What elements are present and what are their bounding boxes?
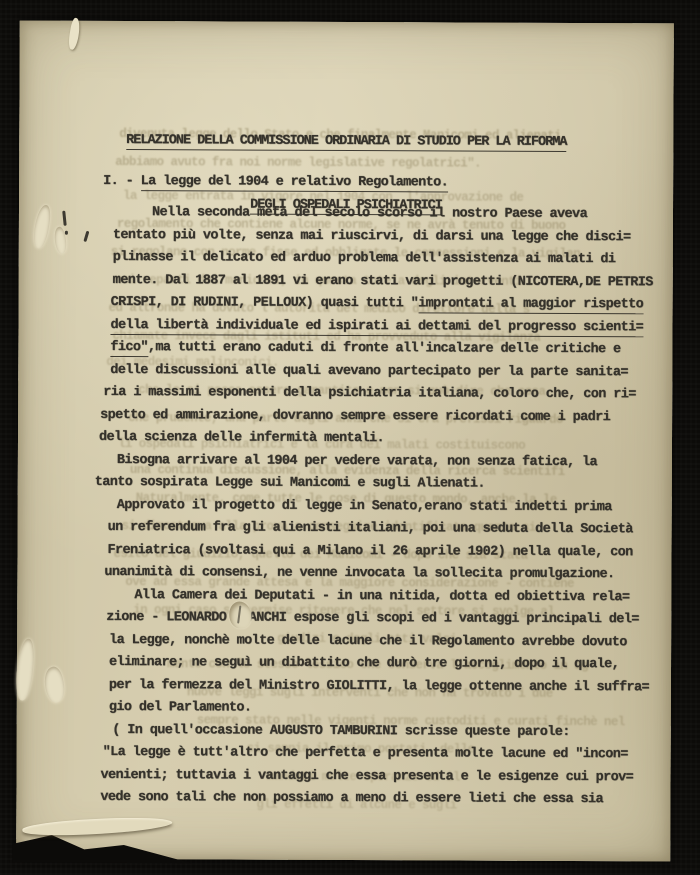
document-page: divenuta legge dello Stato e che finalme… xyxy=(16,21,674,862)
text-line: tentato più volte, senza mai riuscirvi, … xyxy=(113,224,653,249)
text-line: Bisogna arrivare al 1904 per vedere vara… xyxy=(102,449,652,474)
text-line: tanto sospirata Legge sui Manicomi e sug… xyxy=(95,472,652,497)
title-line-1: RELAZIONE DELLA COMMISSIONE ORDINARIA DI… xyxy=(126,133,566,152)
text-line: eliminare; ne seguì un dibattito che dur… xyxy=(109,652,651,677)
text-line: delle discussioni alle quali avevano par… xyxy=(110,359,652,384)
scanned-document-background: { "document": { "title_line1": "RELAZION… xyxy=(0,0,700,875)
text-line: "La legge è tutt'altro che perfetta e pr… xyxy=(103,742,651,767)
section-number: I. - xyxy=(103,174,141,189)
text-line: venienti; tuttavia i vantaggi che essa p… xyxy=(100,764,650,789)
text-line: Alla Camera dei Deputati - in una nitida… xyxy=(104,584,651,609)
text-line: CRISPI, DI RUDINI, PELLOUX) quasi tutti … xyxy=(111,292,653,317)
text-line: plinasse il delicato ed arduo problema d… xyxy=(113,247,653,272)
text-line: della scienza delle infermità mentali. xyxy=(99,427,652,452)
text-line: per la fermezza del Ministro GIOLITTI, l… xyxy=(109,674,651,699)
text-line: Nella seconda metà del secolo scorso il … xyxy=(107,202,653,227)
pen-mark-dot xyxy=(65,231,68,235)
text-line: gio del Parlamento. xyxy=(109,697,651,722)
text-line: mente. Dal 1887 al 1891 vi erano stati v… xyxy=(113,269,653,294)
text-line: un referendum fra gli alienisti italiani… xyxy=(108,517,652,542)
text-line: Approvato il progetto di legge in Senato… xyxy=(102,494,652,519)
text-line: della libertà individuale ed ispirati ai… xyxy=(110,314,652,339)
section-heading: I. - La legge del 1904 e relativo Regola… xyxy=(103,171,448,195)
section-title: La legge del 1904 e relativo Regolamento… xyxy=(141,174,449,192)
title-line-1-wrap: RELAZIONE DELLA COMMISSIONE ORDINARIA DI… xyxy=(19,124,673,161)
text-line: Freniatrica (svoltasi qui a Milano il 26… xyxy=(107,539,651,564)
text-line: zione - LEONARDO BIANCHI espose gli scop… xyxy=(106,607,651,632)
text-line: vede sono tali che non possiamo a meno d… xyxy=(100,787,650,812)
text-line: fico",ma tutti erano caduti di fronte al… xyxy=(110,337,652,362)
text-line: ( In quell'occasione AUGUSTO TAMBURINI s… xyxy=(105,719,651,744)
text-line: la Legge, nonchè molte delle lacune che … xyxy=(109,629,651,654)
text-line: unanimità di consensi, ne venne invocata… xyxy=(104,562,651,587)
text-line: ria i massimi esponenti della psichiatri… xyxy=(103,382,652,407)
body-text: Nella seconda metà del secolo scorso il … xyxy=(100,202,653,812)
text-line: spetto ed ammirazione, dovranno sempre e… xyxy=(100,404,652,429)
